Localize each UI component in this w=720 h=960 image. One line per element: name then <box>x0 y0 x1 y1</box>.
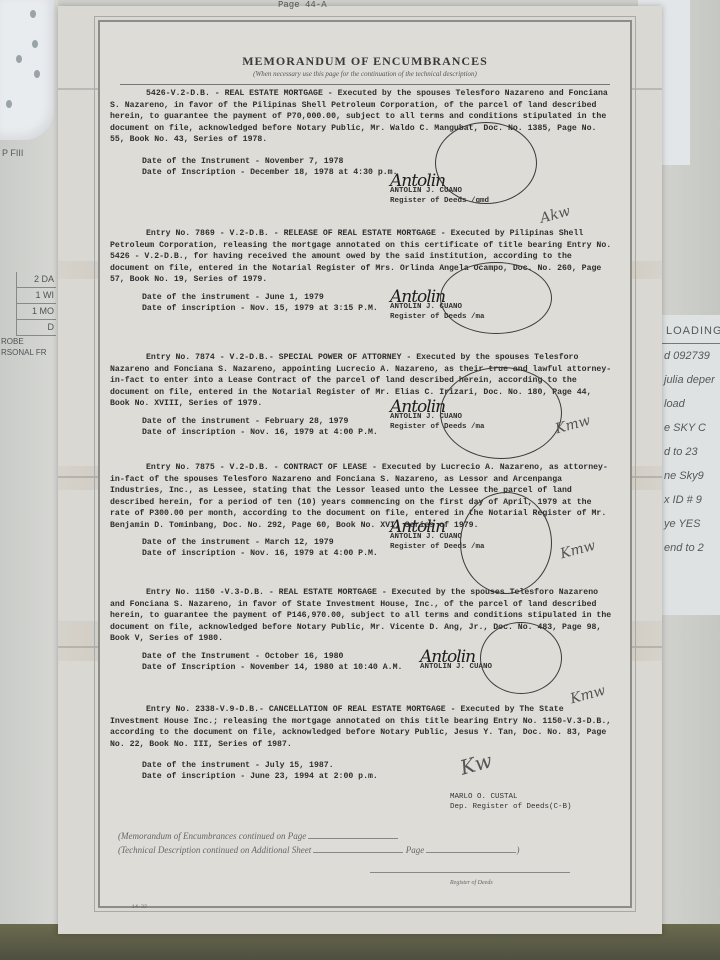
page-label: Page <box>406 845 425 855</box>
signature-block: MARLO O. CUSTAL Dep. Register of Deeds(C… <box>450 792 572 812</box>
inscription-date: Date of Inscription - November 14, 1980 … <box>142 662 616 673</box>
signatory-title: Register of Deeds <box>390 313 467 321</box>
encumbrance-entry: Entry No. 1150 -V.3-D.B. - REAL ESTATE M… <box>110 587 616 673</box>
signature-block: Antolin ANTOLIN J. CUANO Register of Dee… <box>390 292 485 322</box>
inscription-date: Date of inscription - Nov. 16, 1979 at 4… <box>142 548 616 559</box>
signatory-name: ANTOLIN J. CUANO <box>390 186 489 196</box>
inscription-date: Date of inscription - June 23, 1994 at 2… <box>142 771 616 782</box>
encumbrance-entry: Entry No. 7875 - V.2-D.B. - CONTRACT OF … <box>110 462 616 559</box>
document-subtitle: (When necessary use this page for the co… <box>100 70 630 78</box>
encumbrance-entry: Entry No. 7869 - V.2-D.B. - RELEASE OF R… <box>110 228 616 314</box>
signatory-suffix: /ma <box>471 543 485 551</box>
signature: Antolin <box>390 402 485 412</box>
entry-body: Entry No. 1150 -V.3-D.B. - REAL ESTATE M… <box>110 587 616 645</box>
table-footer: ROBE <box>0 336 56 347</box>
entry-body: Entry No. 7869 - V.2-D.B. - RELEASE OF R… <box>110 228 616 286</box>
signatory-name: ANTOLIN J. CUANO <box>390 532 485 542</box>
curtain <box>0 0 54 140</box>
blank-line <box>313 844 403 853</box>
signatory-name: ANTOLIN J. CUANO <box>420 662 492 672</box>
blank-line <box>426 844 516 853</box>
encumbrance-entry: 5426-V.2-D.B. - REAL ESTATE MORTGAGE - E… <box>110 88 616 178</box>
continued-page-label: (Memorandum of Encumbrances continued on… <box>118 831 306 841</box>
signatory-title: Dep. Register of Deeds <box>450 803 549 811</box>
signature: Antolin <box>390 176 489 186</box>
header-rule <box>120 84 610 85</box>
document-title: MEMORANDUM OF ENCUMBRANCES <box>100 54 630 69</box>
register-label: Register of Deeds <box>450 880 493 886</box>
encumbrance-entry: Entry No. 2338-V.9-D.B.- CANCELLATION OF… <box>110 704 616 782</box>
inscription-date: Date of Inscription - December 18, 1978 … <box>142 167 616 178</box>
entry-body: 5426-V.2-D.B. - REAL ESTATE MORTGAGE - E… <box>110 88 616 146</box>
table-footer: RSONAL FR <box>0 347 56 358</box>
inscription-date: Date of inscription - Nov. 16, 1979 at 4… <box>142 427 616 438</box>
register-signature-line <box>370 872 570 873</box>
signatory-title: Register of Deeds <box>390 197 467 205</box>
signatory-suffix: (C-B) <box>549 803 572 811</box>
form-code: 14-32 <box>132 904 147 910</box>
table-row: 2 DA <box>16 272 56 288</box>
signature: Antolin <box>390 292 485 302</box>
left-background-note: P FIII <box>0 140 54 188</box>
table-row: D <box>16 320 56 336</box>
continued-on-page-line: (Memorandum of Encumbrances continued on… <box>118 830 398 841</box>
instrument-date: Date of the instrument - June 1, 1979 <box>142 292 616 303</box>
entry-body: Entry No. 7875 - V.2-D.B. - CONTRACT OF … <box>110 462 616 531</box>
blank-line <box>308 830 398 839</box>
left-background-table: 2 DA 1 WI 1 MO D ROBE RSONAL FR <box>0 272 56 382</box>
continued-sheet-line: (Technical Description continued on Addi… <box>118 844 519 855</box>
instrument-date: Date of the instrument - March 12, 1979 <box>142 537 616 548</box>
signature-block: Antolin ANTOLIN J. CUANO Register of Dee… <box>390 402 485 432</box>
top-page-label: Page 44-A <box>278 0 327 10</box>
signatory-suffix: /ma <box>471 313 485 321</box>
signatory-suffix: /gmd <box>471 197 489 205</box>
title-document: Page 44-A MEMORANDUM OF ENCUMBRANCES (Wh… <box>58 6 662 934</box>
continued-sheet-label: (Technical Description continued on Addi… <box>118 845 311 855</box>
signatory-title: Register of Deeds <box>390 543 467 551</box>
signature: Antolin <box>390 522 485 532</box>
instrument-date: Date of the instrument - July 15, 1987. <box>142 760 616 771</box>
signatory-name: MARLO O. CUSTAL <box>450 792 572 802</box>
inscription-date: Date of inscription - Nov. 15, 1979 at 3… <box>142 303 616 314</box>
signatory-name: ANTOLIN J. CUANO <box>390 302 485 312</box>
table-row: 1 WI <box>16 288 56 304</box>
table-row: 1 MO <box>16 304 56 320</box>
instrument-date: Date of the Instrument - November 7, 197… <box>142 156 616 167</box>
signatory-suffix: /ma <box>471 423 485 431</box>
signatory-title: Register of Deeds <box>390 423 467 431</box>
document-frame: MEMORANDUM OF ENCUMBRANCES (When necessa… <box>98 20 632 908</box>
entry-body: Entry No. 7874 - V.2-D.B.- SPECIAL POWER… <box>110 352 616 410</box>
entry-body: Entry No. 2338-V.9-D.B.- CANCELLATION OF… <box>110 704 616 750</box>
signature-block: Antolin ANTOLIN J. CUANO Register of Dee… <box>390 522 485 552</box>
handwritten-initials: Akw <box>538 203 572 226</box>
signature: Antolin <box>420 652 492 662</box>
encumbrance-entry: Entry No. 7874 - V.2-D.B.- SPECIAL POWER… <box>110 352 616 438</box>
instrument-date: Date of the instrument - February 28, 19… <box>142 416 616 427</box>
signature-block: Antolin ANTOLIN J. CUANO <box>420 652 492 672</box>
signatory-name: ANTOLIN J. CUANO <box>390 412 485 422</box>
instrument-date: Date of the Instrument - October 16, 198… <box>142 651 616 662</box>
signature-block: Antolin ANTOLIN J. CUANO Register of Dee… <box>390 176 489 206</box>
